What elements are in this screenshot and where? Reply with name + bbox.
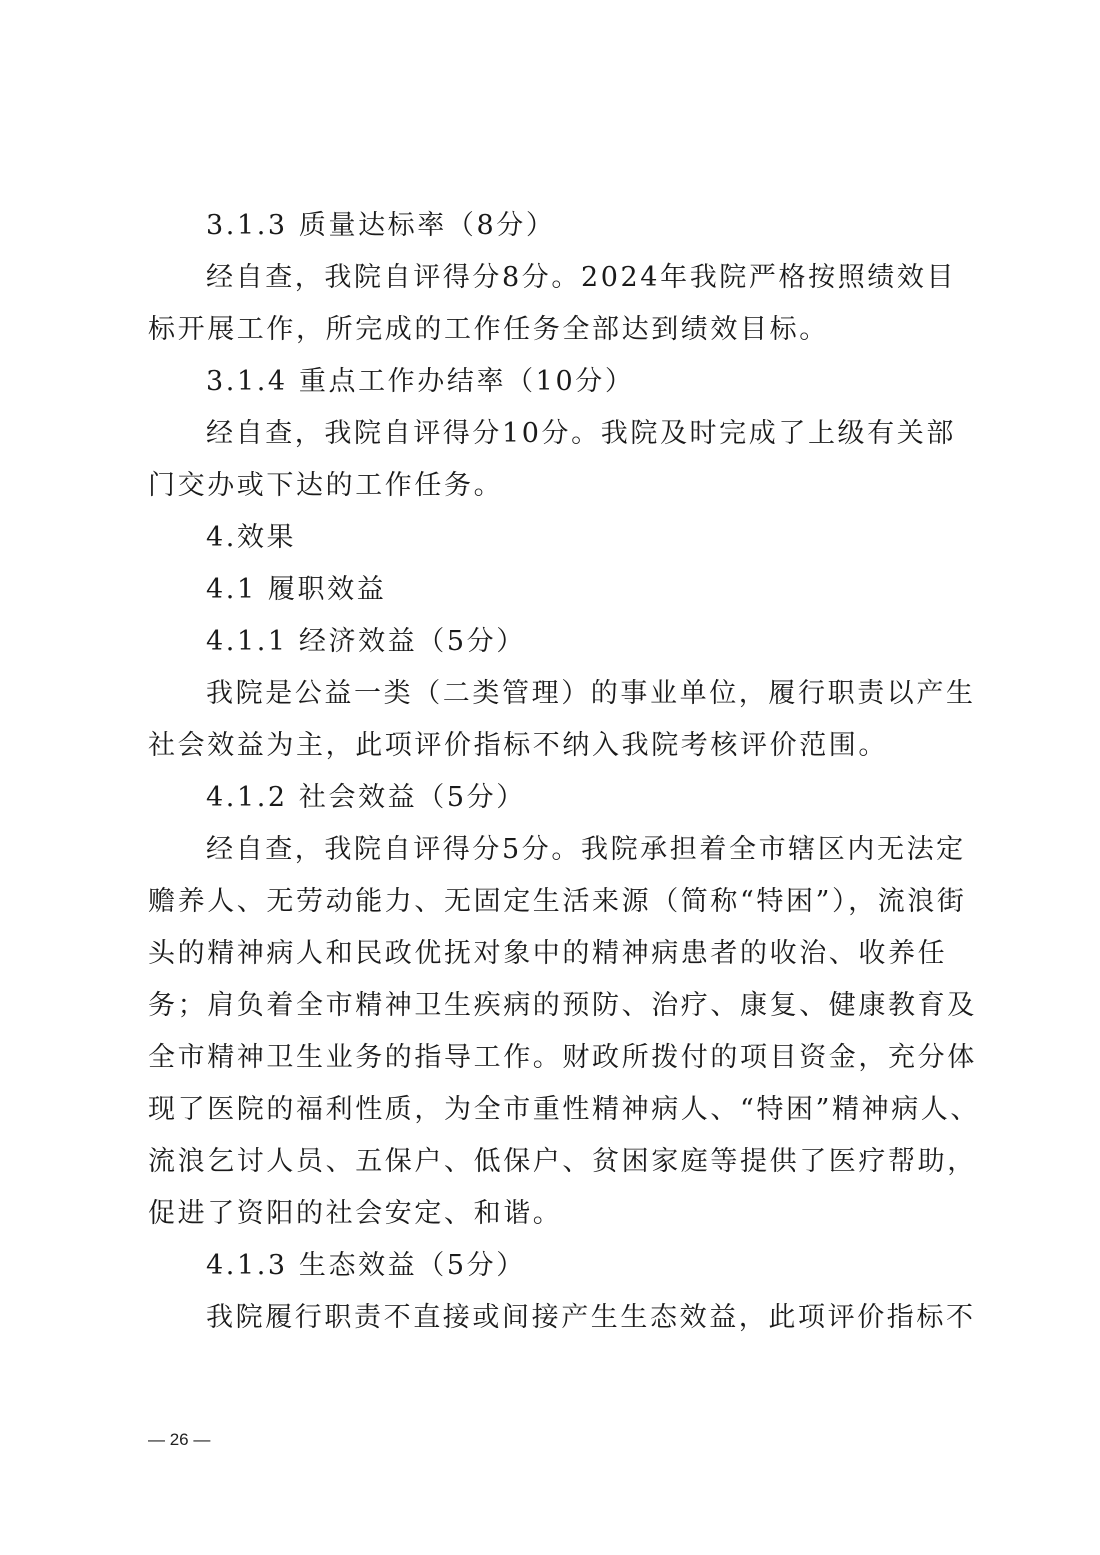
- text-line: 标开展工作，所完成的工作任务全部达到绩效目标。: [148, 312, 970, 348]
- text-line: 现了医院的福利性质，为全市重性精神病人、“特困”精神病人、: [148, 1092, 970, 1128]
- text-line: 门交办或下达的工作任务。: [148, 468, 970, 504]
- text-line: 赡养人、无劳动能力、无固定生活来源（简称“特困”），流浪街: [148, 884, 970, 920]
- text-line: 经自查，我院自评得分5分。我院承担着全市辖区内无法定: [206, 832, 1026, 868]
- text-line: 经自查，我院自评得分10分。我院及时完成了上级有关部: [206, 416, 1026, 452]
- text-line: 4.1.2 社会效益（5分）: [206, 780, 1026, 816]
- text-line: 我院是公益一类（二类管理）的事业单位，履行职责以产生: [206, 676, 1026, 712]
- text-line: 务；肩负着全市精神卫生疾病的预防、治疗、康复、健康教育及: [148, 988, 970, 1024]
- page-number: — 26 —: [148, 1430, 210, 1450]
- document-page: 3.1.3 质量达标率（8分）经自查，我院自评得分8分。2024年我院严格按照绩…: [0, 0, 1100, 1555]
- text-line: 3.1.4 重点工作办结率（10分）: [206, 364, 1026, 400]
- text-line: 4.效果: [206, 520, 1026, 556]
- text-line: 流浪乞讨人员、五保户、低保户、贫困家庭等提供了医疗帮助，: [148, 1144, 970, 1180]
- text-line: 经自查，我院自评得分8分。2024年我院严格按照绩效目: [206, 260, 1026, 296]
- text-line: 4.1 履职效益: [206, 572, 1026, 608]
- text-line: 3.1.3 质量达标率（8分）: [206, 208, 1026, 244]
- text-line: 我院履行职责不直接或间接产生生态效益，此项评价指标不: [206, 1300, 1026, 1336]
- text-line: 促进了资阳的社会安定、和谐。: [148, 1196, 970, 1232]
- text-line: 头的精神病人和民政优抚对象中的精神病患者的收治、收养任: [148, 936, 970, 972]
- text-line: 社会效益为主，此项评价指标不纳入我院考核评价范围。: [148, 728, 970, 764]
- text-line: 4.1.3 生态效益（5分）: [206, 1248, 1026, 1284]
- text-line: 全市精神卫生业务的指导工作。财政所拨付的项目资金，充分体: [148, 1040, 970, 1076]
- text-line: 4.1.1 经济效益（5分）: [206, 624, 1026, 660]
